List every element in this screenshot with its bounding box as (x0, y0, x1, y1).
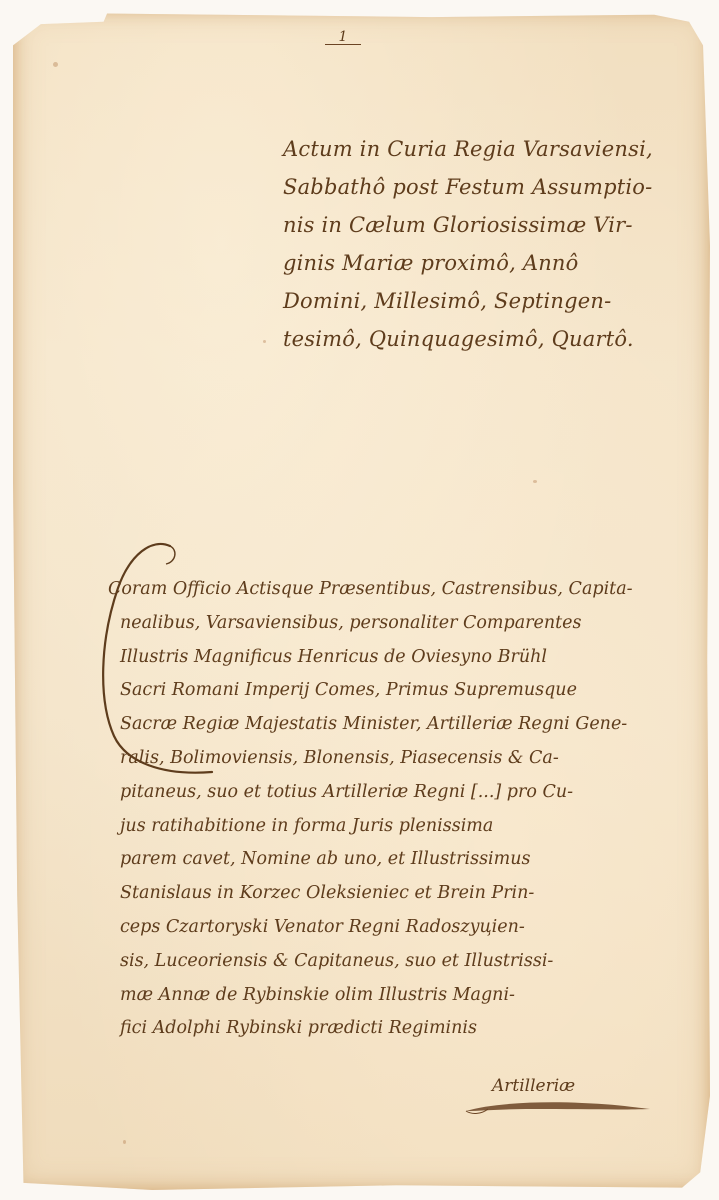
body-line: Illustris Magnificus Henricus de Oviesyn… (120, 641, 633, 675)
body-line: pitaneus, suo et totius Artilleriæ Regni… (120, 776, 633, 810)
heading-line: tesimô, Quinquagesimô, Quartô. (283, 320, 653, 358)
heading-block: Actum in Curia Regia Varsaviensi, Sabbat… (283, 130, 653, 358)
body-line: mæ Annæ de Rybinskie olim Illustris Magn… (120, 979, 633, 1013)
body-line: Sacri Romani Imperij Comes, Primus Supre… (120, 674, 633, 708)
paper-stain (123, 1140, 126, 1144)
body-line: Stanislaus in Korzec Oleksieniec et Brei… (120, 877, 633, 911)
body-line: ralis, Bolimoviensis, Blonensis, Piasece… (120, 742, 633, 776)
body-line: ceps Czartoryski Venator Regni Radoszyцi… (120, 911, 633, 945)
body-line: Sacræ Regiæ Majestatis Minister, Artille… (120, 708, 633, 742)
paper-stain (53, 62, 58, 67)
body-text-block: Coram Officio Actisque Præsentibus, Cast… (120, 573, 633, 1046)
body-line: sis, Luceoriensis & Capitaneus, suo et I… (120, 945, 633, 979)
heading-line: Actum in Curia Regia Varsaviensi, (283, 130, 653, 168)
paper-stain (533, 480, 537, 483)
body-line: jus ratihabitione in forma Juris pleniss… (120, 810, 633, 844)
heading-line: nis in Cælum Gloriosissimæ Vir- (283, 206, 653, 244)
body-line: nealibus, Varsaviensibus, personaliter C… (120, 607, 633, 641)
body-line: Coram Officio Actisque Præsentibus, Cast… (108, 573, 633, 607)
body-line: parem cavet, Nomine ab uno, et Illustris… (120, 843, 633, 877)
folio-number: 1 (325, 30, 361, 45)
heading-line: ginis Mariæ proximô, Annô (283, 244, 653, 282)
underline-flourish (462, 1097, 652, 1117)
heading-line: Domini, Millesimô, Septingen- (283, 282, 653, 320)
body-line: fici Adolphi Rybinski prædicti Regiminis (120, 1012, 633, 1046)
paper-stain (263, 340, 266, 343)
heading-line: Sabbathô post Festum Assumptio- (283, 168, 653, 206)
catchword: Artilleriæ (492, 1076, 575, 1096)
